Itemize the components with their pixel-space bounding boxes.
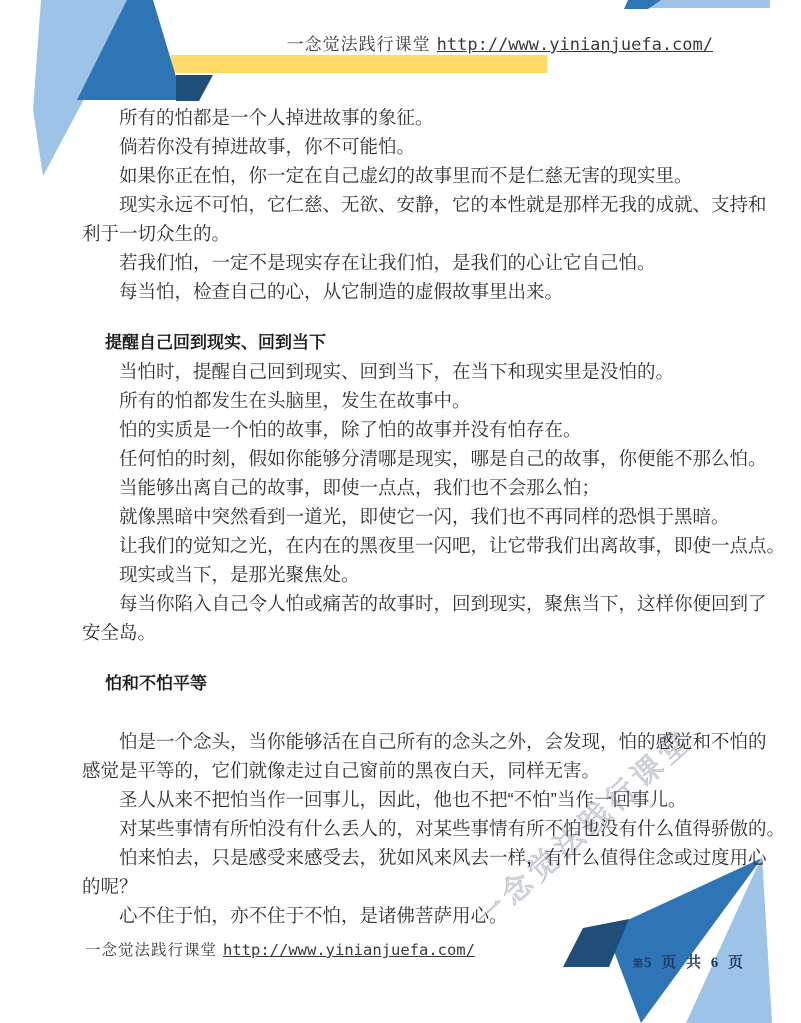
page-number-prefix: 第	[633, 959, 644, 970]
body-content: 所有的怕都是一个人掉进故事的象征。倘若你没有掉进故事，你不可能怕。如果你正在怕，…	[82, 103, 750, 930]
blank-line	[82, 698, 750, 727]
text-line: 感觉是平等的，它们就像走过自己窗前的黑夜白天，同样无害。	[82, 756, 750, 785]
text-line: 任何怕的时刻，假如你能够分清哪是现实，哪是自己的故事，你便能不那么怕。	[82, 444, 750, 473]
yellow-accent-bar	[171, 55, 547, 73]
text-line: 安全岛。	[82, 618, 750, 647]
text-line: 如果你正在怕，你一定在自己虚幻的故事里而不是仁慈无害的现实里。	[82, 161, 750, 190]
text-line: 倘若你没有掉进故事，你不可能怕。	[82, 132, 750, 161]
top-right-light-bar	[640, 0, 770, 8]
document-page: 一念觉法践行课堂 一念觉法践行课堂http://www.yinianjuefa.…	[0, 0, 801, 1023]
header-site-label: 一念觉法践行课堂	[287, 35, 431, 54]
page-number-unit1: 页	[661, 955, 679, 971]
text-line: 对某些事情有所怕没有什么丢人的，对某些事情有所不怕也没有什么值得骄傲的。	[82, 814, 750, 843]
top-left-navy-shape	[176, 75, 213, 101]
footer-url-link[interactable]: http://www.yinianjuefa.com/	[223, 941, 475, 959]
text-line: 当能够出离自己的故事，即使一点点，我们也不会那么怕；	[82, 473, 750, 502]
text-line: 圣人从来不把怕当作一回事儿，因此，他也不把“不怕”当作一回事儿。	[82, 785, 750, 814]
footer-site-label: 一念觉法践行课堂	[85, 942, 217, 959]
page-number-unit2: 页	[728, 955, 746, 971]
page-number-total: 6	[711, 955, 722, 971]
page-footer: 一念觉法践行课堂http://www.yinianjuefa.com/	[85, 938, 475, 960]
text-line: 利于一切众生的。	[82, 219, 750, 248]
text-line: 若我们怕，一定不是现实存在让我们怕，是我们的心让它自己怕。	[82, 248, 750, 277]
page-header: 一念觉法践行课堂http://www.yinianjuefa.com/	[287, 30, 713, 55]
text-line: 当怕时，提醒自己回到现实、回到当下，在当下和现实里是没怕的。	[82, 357, 750, 386]
text-line: 所有的怕都发生在头脑里，发生在故事中。	[82, 386, 750, 415]
top-left-blue-triangle	[77, 0, 183, 100]
page-number-current: 5	[644, 955, 655, 971]
text-line: 所有的怕都是一个人掉进故事的象征。	[82, 103, 750, 132]
text-line: 现实或当下，是那光聚焦处。	[82, 560, 750, 589]
text-line: 怕的实质是一个怕的故事，除了怕的故事并没有怕存在。	[82, 415, 750, 444]
text-line: 每当你陷入自己令人怕或痛苦的故事时，回到现实，聚焦当下，这样你便回到了	[82, 589, 750, 618]
text-line: 让我们的觉知之光，在内在的黑夜里一闪吧，让它带我们出离故事，即使一点点。	[82, 531, 750, 560]
header-url-link[interactable]: http://www.yinianjuefa.com/	[437, 35, 713, 55]
text-line: 每当怕，检查自己的心，从它制造的虚假故事里出来。	[82, 277, 750, 306]
text-line: 的呢？	[82, 872, 750, 901]
page-number: 第5 页 共 6 页	[633, 951, 746, 972]
section-heading: 怕和不怕平等	[82, 669, 750, 698]
text-line: 怕是一个念头，当你能够活在自己所有的念头之外，会发现，怕的感觉和不怕的	[82, 727, 750, 756]
text-line: 心不住于怕，亦不住于不怕，是诸佛菩萨用心。	[82, 901, 750, 930]
text-line: 现实永远不可怕，它仁慈、无欲、安静，它的本性就是那样无我的成就、支持和	[82, 190, 750, 219]
text-line: 怕来怕去，只是感受来感受去，犹如风来风去一样，有什么值得住念或过度用心	[82, 843, 750, 872]
top-right-blue-shape	[624, 0, 661, 9]
page-number-conjunction: 共	[686, 955, 704, 971]
text-line: 就像黑暗中突然看到一道光，即使它一闪，我们也不再同样的恐惧于黑暗。	[82, 502, 750, 531]
section-heading: 提醒自己回到现实、回到当下	[82, 328, 750, 357]
